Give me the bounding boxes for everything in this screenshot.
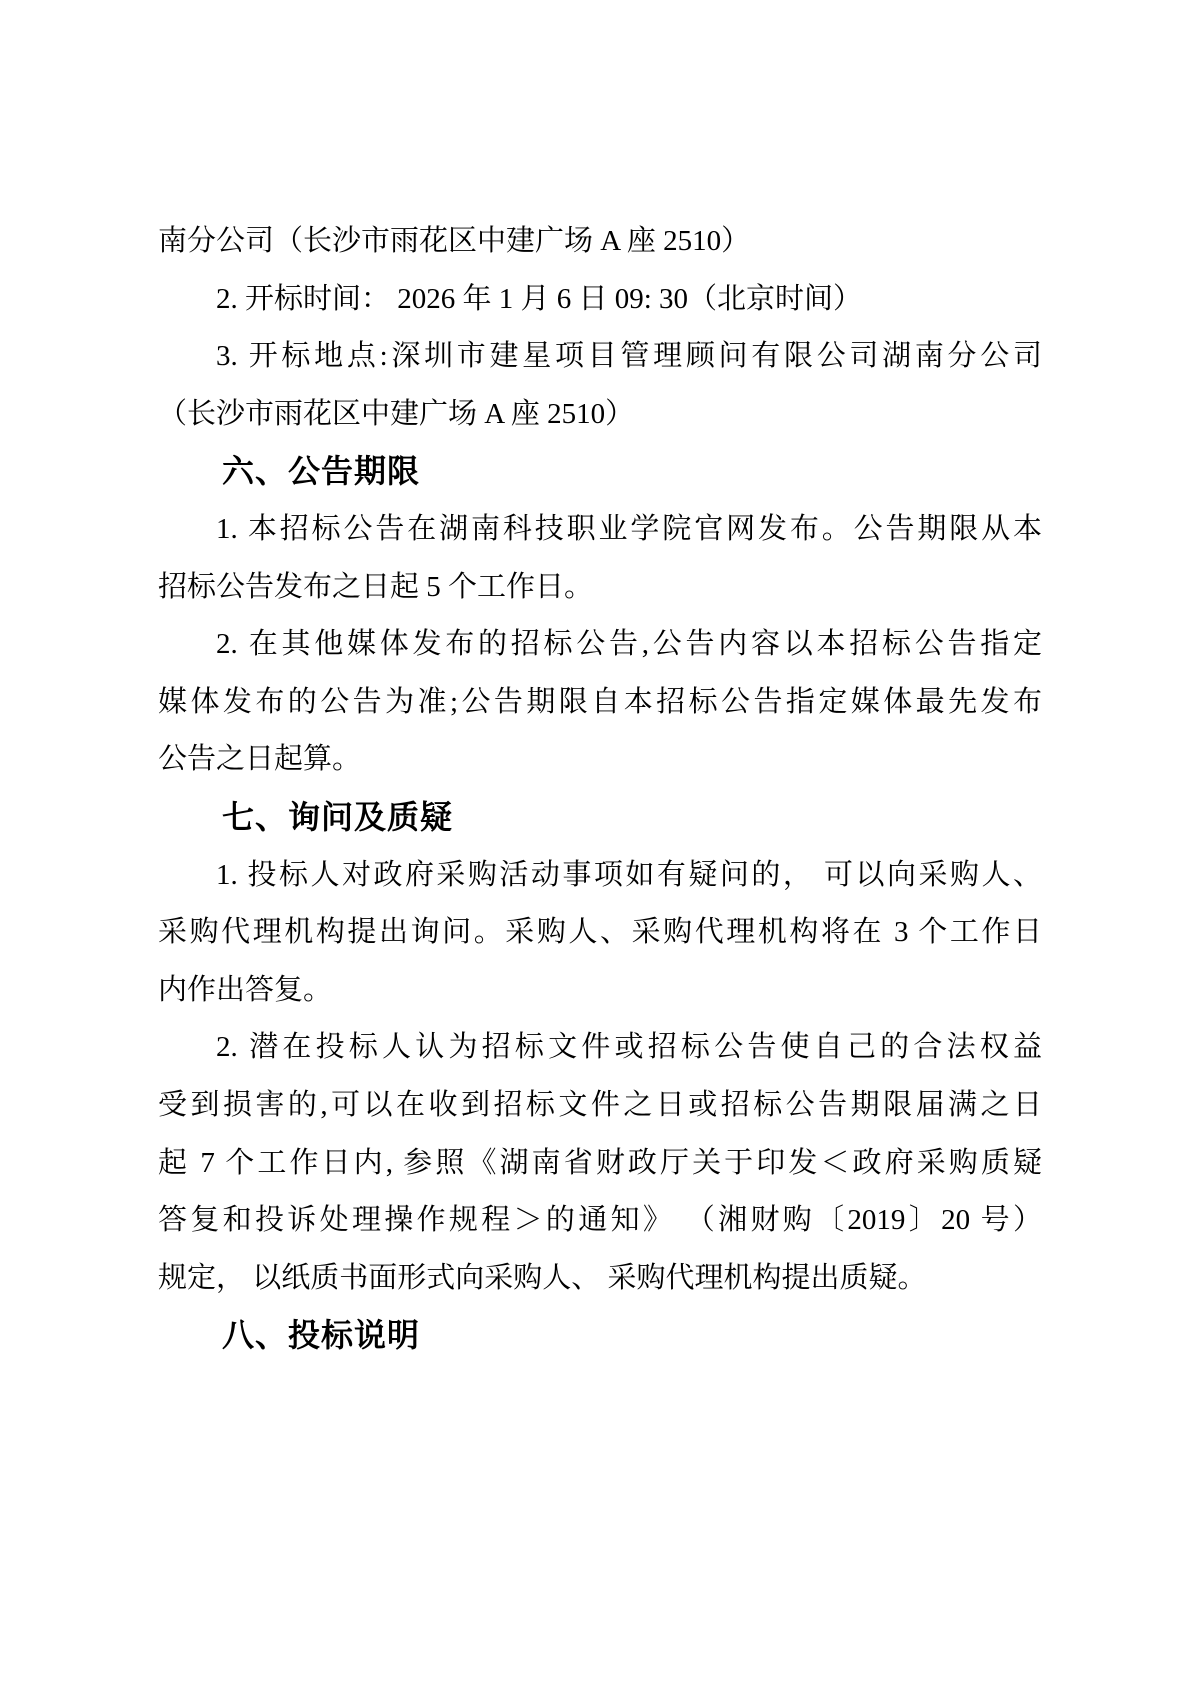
doc-line-14: 2. 潜在投标人认为招标文件或招标公告使自己的合法权益 xyxy=(158,1019,1042,1077)
doc-line-11: 1. 投标人对政府采购活动事项如有疑问的， 可以向采购人、 xyxy=(158,847,1042,905)
doc-line-17: 答复和投诉处理操作规程＞的通知》 （湘财购〔2019〕20 号） xyxy=(158,1192,1042,1250)
doc-line-6: 招标公告发布之日起 5 个工作日。 xyxy=(158,559,1042,617)
doc-line-12: 采购代理机构提出询问。采购人、采购代理机构将在 3 个工作日 xyxy=(158,904,1042,962)
doc-line-5: 1. 本招标公告在湖南科技职业学院官网发布。公告期限从本 xyxy=(158,501,1042,559)
doc-line-9: 公告之日起算。 xyxy=(158,731,1042,789)
doc-line-2-bid-opening-place: 3. 开标地点:深圳市建星项目管理顾问有限公司湖南分公司 xyxy=(158,328,1042,386)
doc-line-1-bid-opening-time: 2. 开标时间： 2026 年 1 月 6 日 09: 30（北京时间） xyxy=(158,271,1042,329)
doc-line-7: 2. 在其他媒体发布的招标公告,公告内容以本招标公告指定 xyxy=(158,616,1042,674)
document-body: 南分公司（长沙市雨花区中建广场 A 座 2510） 2. 开标时间： 2026 … xyxy=(158,213,1042,1365)
section-heading-7-inquiry-and-challenge: 七、询问及质疑 xyxy=(158,789,1042,847)
doc-line-8: 媒体发布的公告为准;公告期限自本招标公告指定媒体最先发布 xyxy=(158,674,1042,732)
section-heading-6-announcement-period: 六、公告期限 xyxy=(158,443,1042,501)
doc-line-18: 规定， 以纸质书面形式向采购人、 采购代理机构提出质疑。 xyxy=(158,1250,1042,1308)
document-page: 南分公司（长沙市雨花区中建广场 A 座 2510） 2. 开标时间： 2026 … xyxy=(0,0,1191,1684)
doc-line-3: （长沙市雨花区中建广场 A 座 2510） xyxy=(158,386,1042,444)
doc-line-16: 起 7 个工作日内, 参照《湖南省财政厅关于印发＜政府采购质疑 xyxy=(158,1135,1042,1193)
doc-line-15: 受到损害的,可以在收到招标文件之日或招标公告期限届满之日 xyxy=(158,1077,1042,1135)
doc-line-13: 内作出答复。 xyxy=(158,962,1042,1020)
doc-line-0: 南分公司（长沙市雨花区中建广场 A 座 2510） xyxy=(158,213,1042,271)
section-heading-8-bidding-instructions: 八、投标说明 xyxy=(158,1307,1042,1365)
